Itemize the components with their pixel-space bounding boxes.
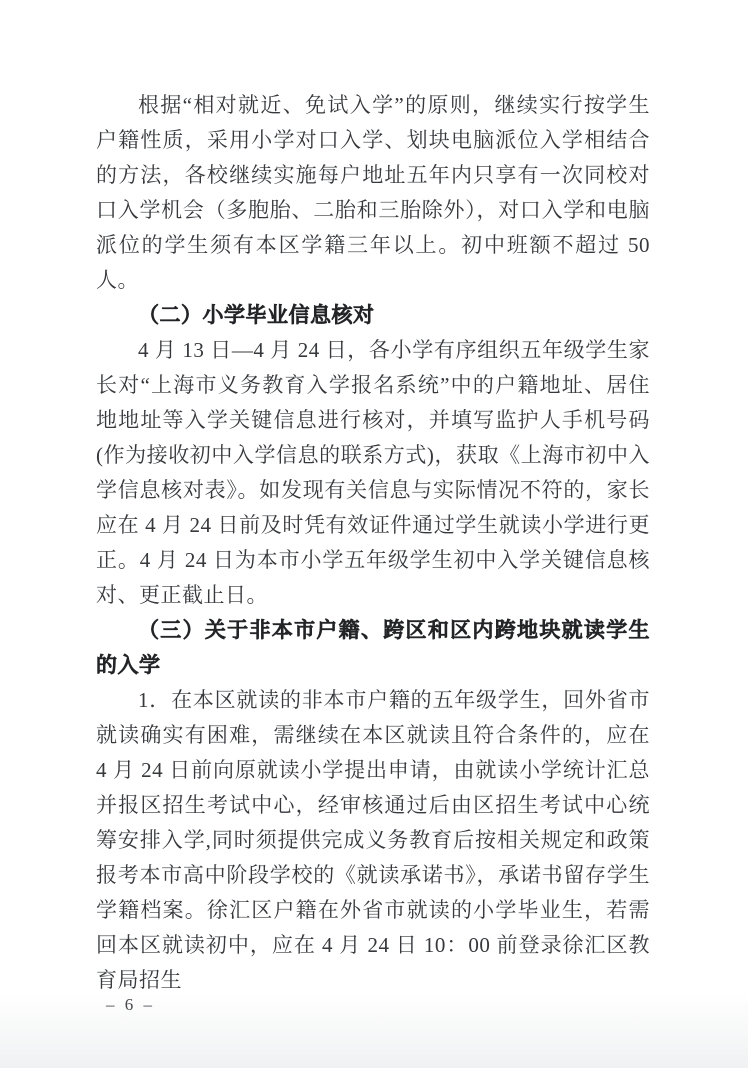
paragraph-info-check-details: 4 月 13 日—4 月 24 日，各小学有序组织五年级学生家长对“上海市义务教… xyxy=(96,333,650,613)
heading-non-local-cross-district-students: （三）关于非本市户籍、跨区和区内跨地块就读学生的入学 xyxy=(96,613,650,683)
heading-primary-graduation-info-check: （二）小学毕业信息核对 xyxy=(96,298,650,333)
document-content: 根据“相对就近、免试入学”的原则，继续实行按学生户籍性质，采用小学对口入学、划块… xyxy=(96,88,650,998)
paragraph-non-local-students-details: 1．在本区就读的非本市户籍的五年级学生，回外省市就读确实有困难，需继续在本区就读… xyxy=(96,683,650,998)
paragraph-admission-method: 根据“相对就近、免试入学”的原则，继续实行按学生户籍性质，采用小学对口入学、划块… xyxy=(96,88,650,298)
document-page: 根据“相对就近、免试入学”的原则，继续实行按学生户籍性质，采用小学对口入学、划块… xyxy=(0,0,748,1068)
page-number: – 6 – xyxy=(106,995,155,1015)
